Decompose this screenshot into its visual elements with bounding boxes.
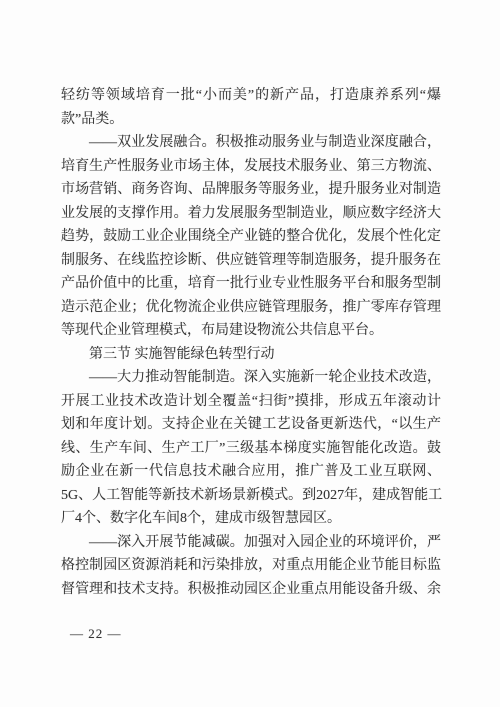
text-line: 等现代企业管理模式，布局建设物流公共信息平台。 [61,319,441,343]
text-line: 款”品类。 [61,108,441,132]
text-line: 开展工业技术改造计划全覆盖“扫街”摸排，形成五年滚动计 [61,390,441,414]
text-line: 培育生产性服务业市场主体，发展技术服务业、第三方物流、 [61,155,441,179]
page-number: — 22 — [70,624,122,644]
text-line: 线、生产车间、生产工厂”三级基本梯度实施智能化改造。鼓 [61,437,441,461]
section-heading: 第三节 实施智能绿色转型行动 [61,343,441,367]
text-line: 产品价值中的比重，培育一批行业专业性服务平台和服务型制 [61,272,441,296]
text-line: 制服务、在线监控诊断、供应链管理等制造服务，提升服务在 [61,249,441,273]
text-line: 造示范企业；优化物流企业供应链管理服务，推广零库存管理 [61,296,441,320]
text-line: 轻纺等领域培育一批“小而美”的新产品，打造康养系列“爆 [61,84,441,108]
document-body: 轻纺等领域培育一批“小而美”的新产品，打造康养系列“爆款”品类。——双业发展融合… [61,84,441,601]
text-line: 督管理和技术支持。积极推动园区企业重点用能设备升级、余 [61,578,441,602]
text-line: 业发展的支撑作用。着力发展服务型制造业，顺应数字经济大 [61,202,441,226]
text-line: ——深入开展节能减碳。加强对入园企业的环境评价，严 [61,531,441,555]
text-line: 励企业在新一代信息技术融合应用，推广普及工业互联网、 [61,460,441,484]
text-line: 厂4个、数字化车间8个，建成市级智慧园区。 [61,507,441,531]
text-line: 市场营销、商务咨询、品牌服务等服务业，提升服务业对制造 [61,178,441,202]
document-page: 轻纺等领域培育一批“小而美”的新产品，打造康养系列“爆款”品类。——双业发展融合… [0,0,500,707]
text-line: 格控制园区资源消耗和污染排放，对重点用能企业节能目标监 [61,554,441,578]
text-line: 5G、人工智能等新技术新场景新模式。到2027年，建成智能工 [61,484,441,508]
text-line: 趋势，鼓励工业企业围绕全产业链的整合优化，发展个性化定 [61,225,441,249]
text-line: 划和年度计划。支持企业在关键工艺设备更新迭代，“以生产 [61,413,441,437]
text-line: ——大力推动智能制造。深入实施新一轮企业技术改造， [61,366,441,390]
text-line: ——双业发展融合。积极推动服务业与制造业深度融合， [61,131,441,155]
